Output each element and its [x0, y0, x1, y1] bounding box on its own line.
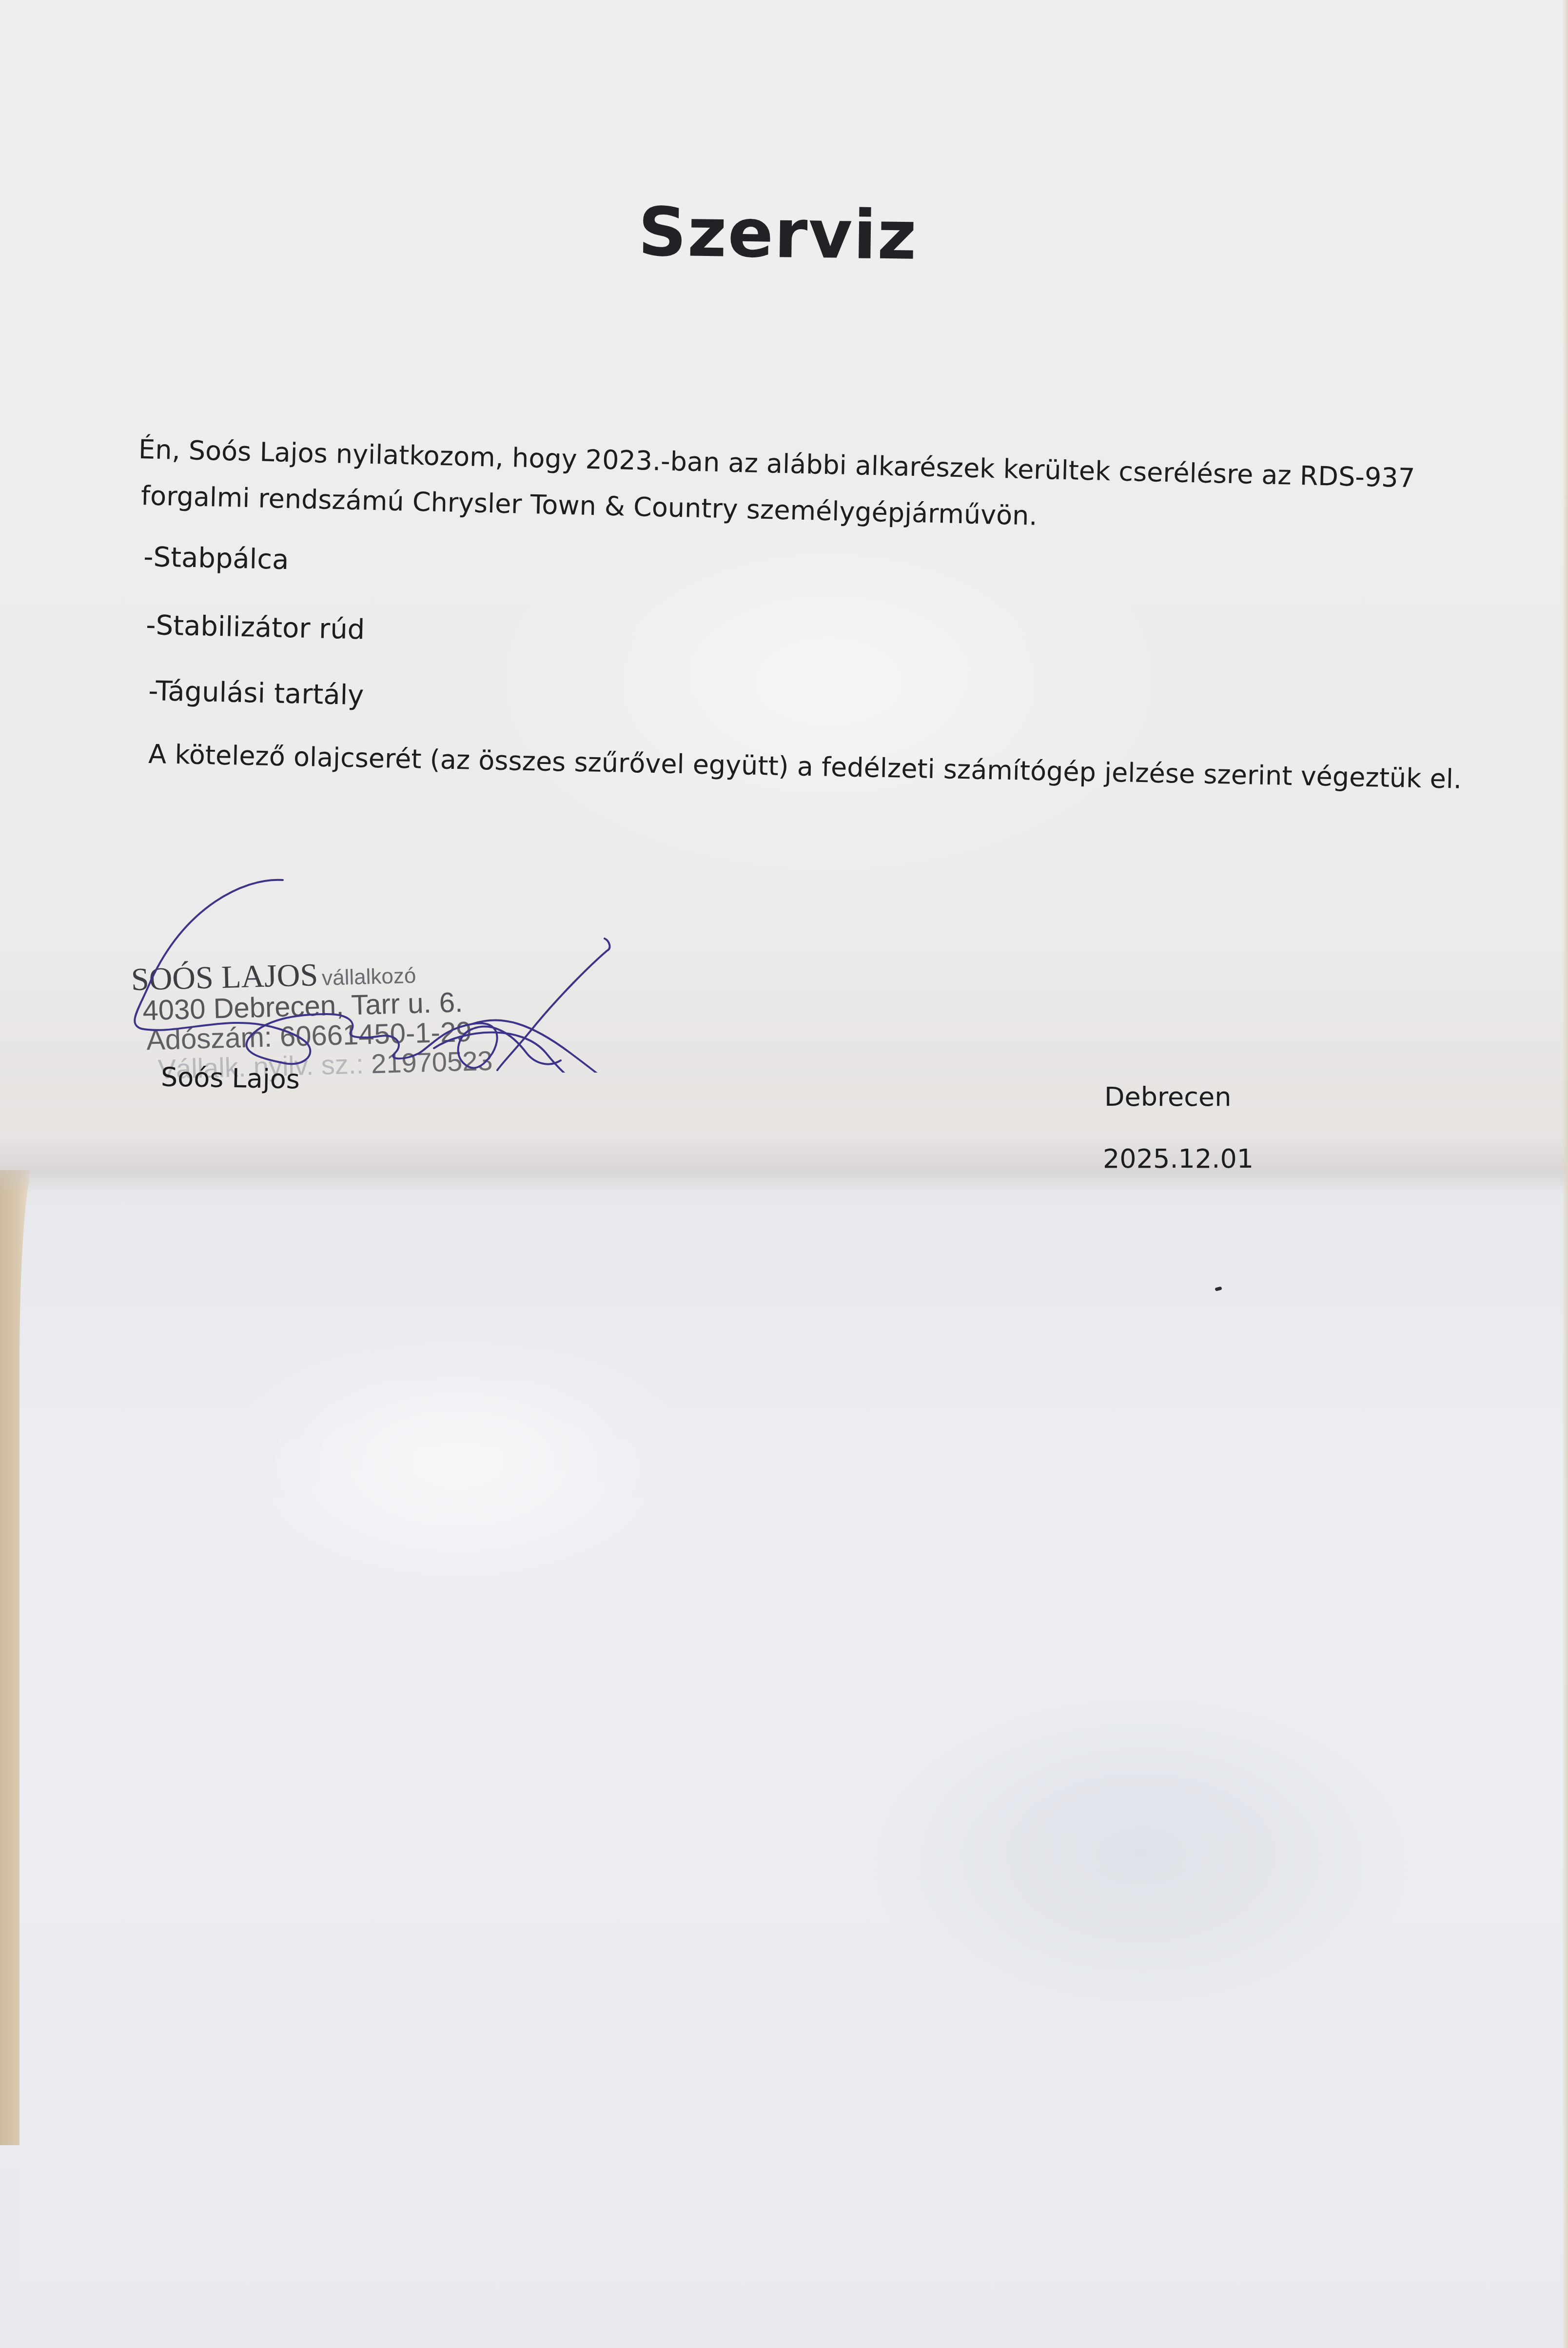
stamp-registry-number: 21970523: [371, 1045, 493, 1079]
document-title: Szerviz: [638, 193, 918, 275]
paper-right-edge: [1562, 0, 1568, 2348]
part-item: -Stabilizátor rúd: [146, 609, 365, 646]
stamp-role: vállalkozó: [322, 964, 416, 990]
signer-printed-name: Soós Lajos: [160, 1062, 300, 1095]
paper-fold-line: [0, 1136, 1568, 1194]
signing-place: Debrecen: [1104, 1081, 1231, 1112]
paper-lower-half: [20, 1170, 1568, 2348]
document-photo: Szerviz Én, Soós Lajos nyilatkozom, hogy…: [0, 0, 1568, 2348]
signing-date: 2025.12.01: [1103, 1143, 1254, 1174]
part-item: -Tágulási tartály: [148, 675, 364, 711]
part-item: -Stabpálca: [143, 541, 289, 576]
